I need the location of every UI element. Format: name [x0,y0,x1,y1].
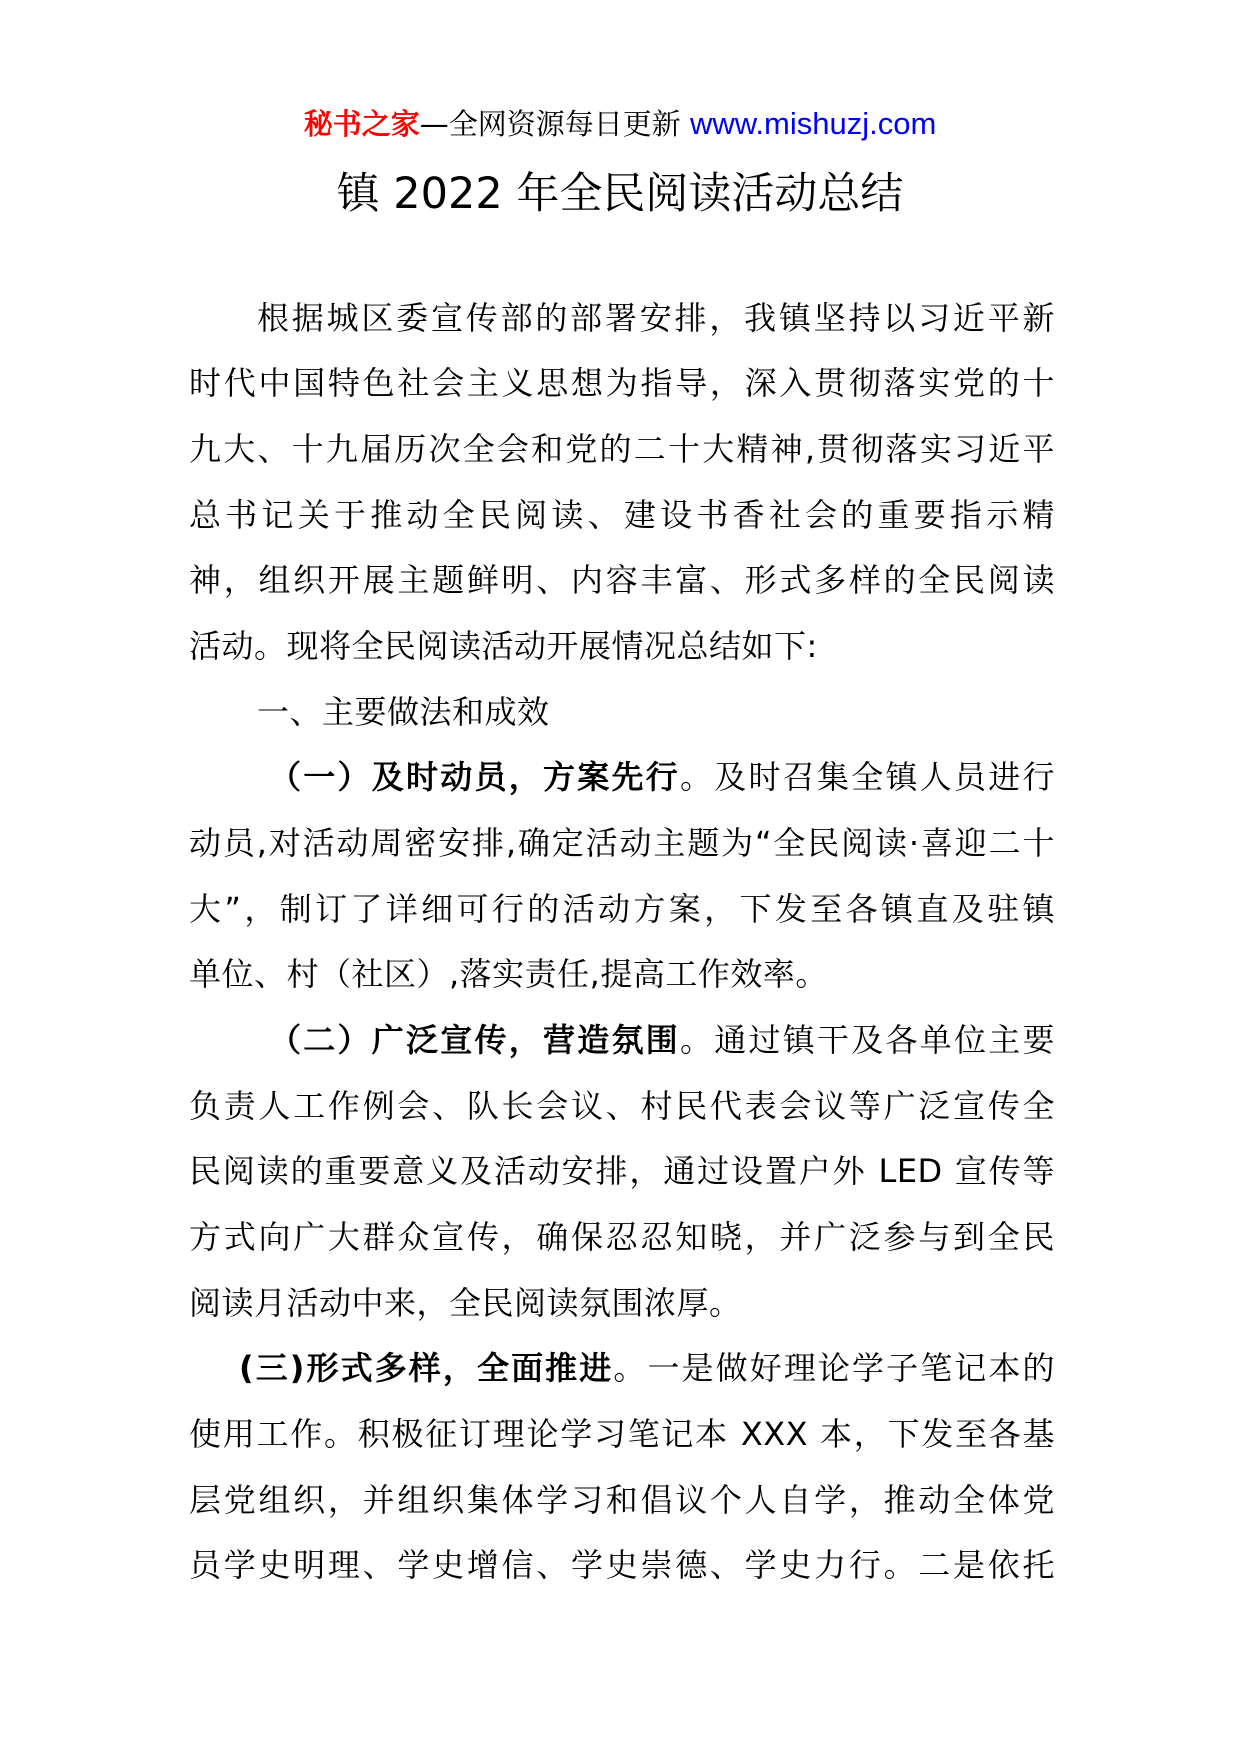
item-3-line: 员学史明理、学史增信、学史崇德、学史力行。二是依托 [189,1543,1055,1587]
item-1-line: 大”，制订了详细可行的活动方案，下发至各镇直及驻镇 [189,887,1055,931]
intro-line: 神，组织开展主题鲜明、内容丰富、形式多样的全民阅读 [189,558,1055,602]
item-2-line: 阅读月活动中来，全民阅读氛围浓厚。 [189,1281,1055,1325]
item-2-heading: （二）广泛宣传，营造氛围 [269,1021,680,1059]
item-3-line: 层党组织，并组织集体学习和倡议个人自学，推动全体党 [189,1478,1055,1522]
document-page: 秘书之家—全网资源每日更新 www.mishuzj.com 镇 2022 年全民… [0,0,1240,1754]
brand-name: 秘书之家 [304,107,420,141]
item-2-lead-text: 。通过镇干及各单位主要 [680,1021,1055,1059]
intro-line: 活动。现将全民阅读活动开展情况总结如下: [189,624,1055,668]
intro-line: 九大、十九届历次全会和党的二十大精神,贯彻落实习近平 [189,427,1055,471]
intro-line: 时代中国特色社会主义思想为指导，深入贯彻落实党的十 [189,361,1055,405]
watermark-banner: 秘书之家—全网资源每日更新 www.mishuzj.com [0,104,1240,144]
item-1-lead-line: （一）及时动员，方案先行。及时召集全镇人员进行 [269,755,1055,799]
item-3-line: 使用工作。积极征订理论学习笔记本 XXX 本，下发至各基 [189,1412,1055,1456]
item-1-heading: （一）及时动员，方案先行 [269,758,680,796]
intro-line: 总书记关于推动全民阅读、建设书香社会的重要指示精 [189,493,1055,537]
item-2-line: 民阅读的重要意义及活动安排，通过设置户外 LED 宣传等 [189,1149,1055,1193]
document-title: 镇 2022 年全民阅读活动总结 [0,168,1240,220]
item-2-lead-line: （二）广泛宣传，营造氛围。通过镇干及各单位主要 [269,1018,1055,1062]
section-heading: 一、主要做法和成效 [257,690,1055,734]
item-1-line: 动员,对活动周密安排,确定活动主题为“全民阅读·喜迎二十 [189,821,1055,865]
item-2-line: 负责人工作例会、队长会议、村民代表会议等广泛宣传全 [189,1084,1055,1128]
brand-slogan: —全网资源每日更新 [420,107,690,141]
item-3-heading: (三)形式多样，全面推进 [239,1349,613,1387]
intro-line: 根据城区委宣传部的部署安排，我镇坚持以习近平新 [257,296,1055,340]
item-3-lead-line: (三)形式多样，全面推进。一是做好理论学子笔记本的 [239,1346,1055,1390]
item-3-lead-text: 。一是做好理论学子笔记本的 [613,1349,1055,1387]
item-1-lead-text: 。及时召集全镇人员进行 [680,758,1055,796]
item-1-line: 单位、村（社区）,落实责任,提高工作效率。 [189,952,1055,996]
brand-url-link[interactable]: www.mishuzj.com [690,106,936,141]
item-2-line: 方式向广大群众宣传，确保忍忍知晓，并广泛参与到全民 [189,1215,1055,1259]
